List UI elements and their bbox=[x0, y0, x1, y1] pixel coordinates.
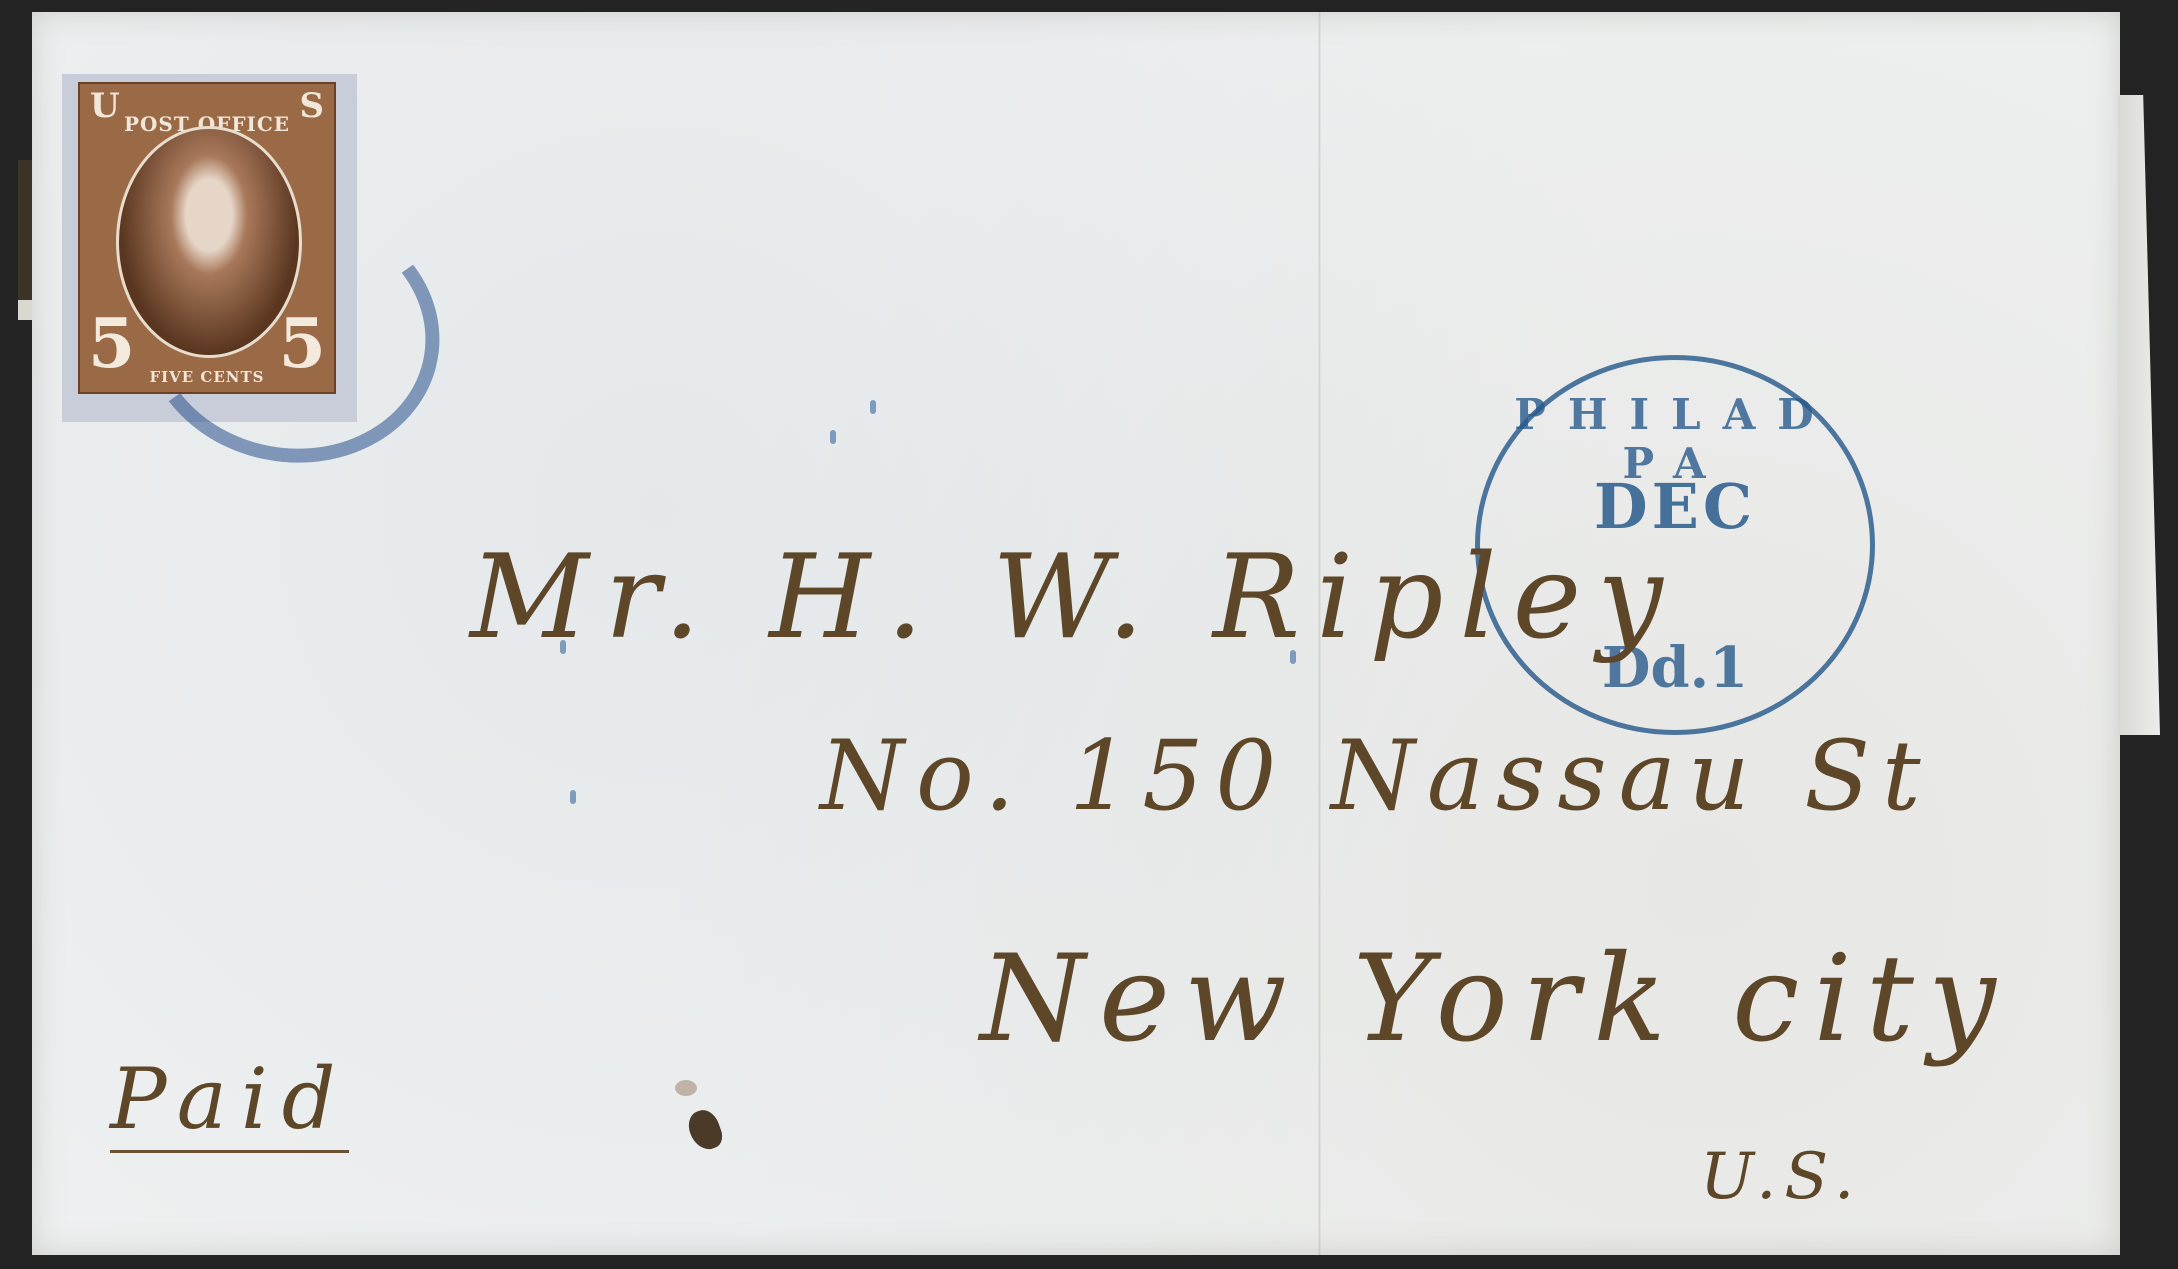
ink-speck bbox=[830, 430, 836, 444]
paid-annotation: Paid bbox=[110, 1050, 349, 1153]
address-city: New York city bbox=[980, 930, 2010, 1069]
address-country: U.S. bbox=[1700, 1140, 1862, 1214]
address-name: Mr. H. W. Ripley bbox=[470, 530, 1679, 665]
postage-stamp: U S POST OFFICE 5 5 FIVE CENTS bbox=[62, 74, 357, 422]
ink-speck bbox=[570, 790, 576, 804]
ink-speck bbox=[870, 400, 876, 414]
paper-fold-right-flap bbox=[2118, 95, 2160, 735]
ink-stain bbox=[675, 1080, 697, 1096]
address-street: No. 150 Nassau St bbox=[820, 720, 1933, 832]
